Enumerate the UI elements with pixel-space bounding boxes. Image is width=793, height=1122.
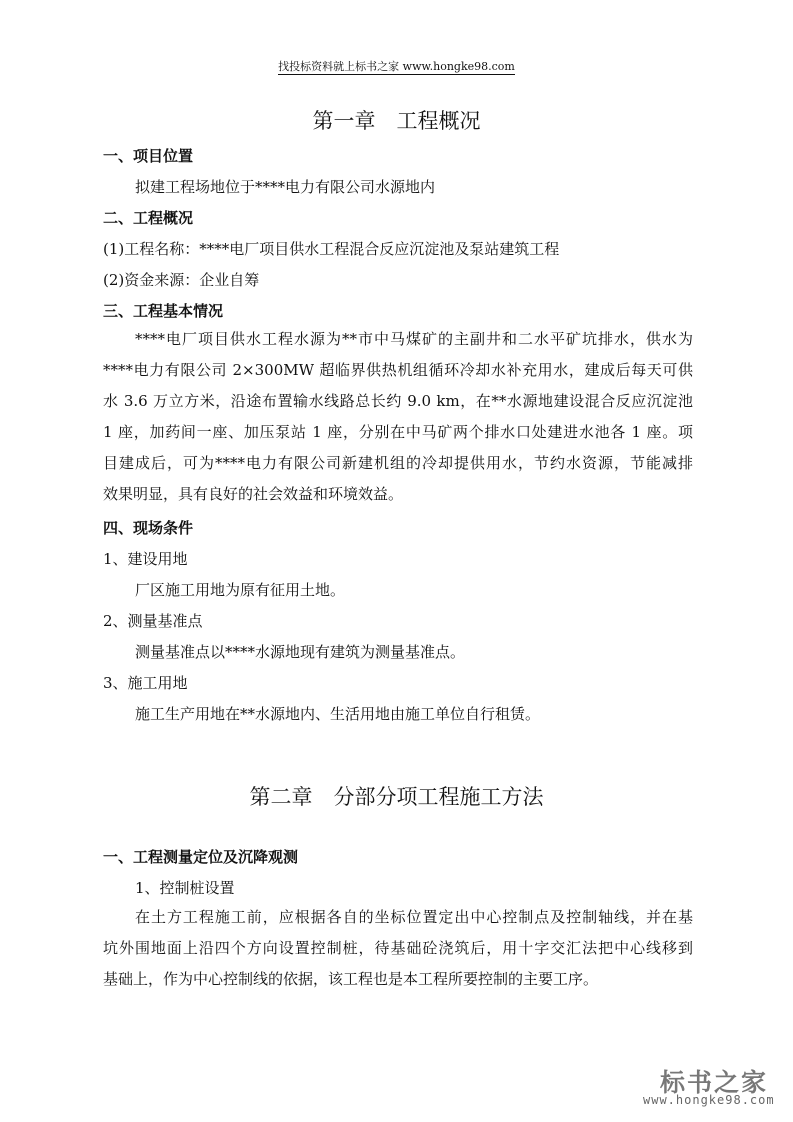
- section-heading: 一、工程测量定位及沉降观测: [103, 846, 298, 867]
- paragraph-line: 1 座，加药间一座、加压泵站 1 座，分别在中马矿两个排水口处建进水池各 1 座…: [103, 417, 693, 448]
- section-text: 厂区施工用地为原有征用土地。: [135, 579, 345, 600]
- paragraph-line: 基础上，作为中心控制线的依据，该工程也是本工程所要控制的主要工序。: [103, 964, 693, 995]
- subsection-heading: 1、建设用地: [103, 548, 188, 569]
- subsection-heading: 2、测量基准点: [103, 610, 203, 631]
- section-text: 拟建工程场地位于****电力有限公司水源地内: [135, 176, 435, 197]
- paragraph-line: 在土方工程施工前，应根据各自的坐标位置定出中心控制点及控制轴线，并在基: [103, 902, 693, 933]
- subsection-heading: 3、施工用地: [103, 672, 188, 693]
- list-item: (2)资金来源：企业自筹: [103, 269, 259, 290]
- paragraph-line: 效果明显，具有良好的社会效益和环境效益。: [103, 479, 693, 510]
- section-text: 测量基准点以****水源地现有建筑为测量基准点。: [135, 641, 465, 662]
- section-heading: 二、工程概况: [103, 207, 193, 228]
- list-item: (1)工程名称：****电厂项目供水工程混合反应沉淀池及泵站建筑工程: [103, 238, 559, 259]
- section-text: 施工生产用地在**水源地内、生活用地由施工单位自行租赁。: [135, 703, 540, 724]
- paragraph-line: ****电厂项目供水工程水源为**市中马煤矿的主副井和二水平矿坑排水，供水为: [103, 324, 693, 355]
- watermark-url: www.hongke98.com: [643, 1093, 775, 1107]
- chapter-2-title: 第二章 分部分项工程施工方法: [0, 781, 793, 811]
- page-header: 找投标资料就上标书之家 www.hongke98.com: [0, 55, 793, 74]
- section-heading: 一、项目位置: [103, 145, 193, 166]
- header-link-text[interactable]: 找投标资料就上标书之家 www.hongke98.com: [278, 60, 515, 75]
- section-heading: 三、工程基本情况: [103, 300, 223, 321]
- paragraph-line: 水 3.6 万立方米，沿途布置输水线路总长约 9.0 km，在**水源地建设混合…: [103, 386, 693, 417]
- subsection-heading: 1、控制桩设置: [135, 877, 235, 898]
- section-heading: 四、现场条件: [103, 517, 193, 538]
- paragraph-line: 目建成后，可为****电力有限公司新建机组的冷却提供用水，节约水资源，节能减排: [103, 448, 693, 479]
- chapter-1-title: 第一章 工程概况: [0, 105, 793, 135]
- paragraph-basic-situation: ****电厂项目供水工程水源为**市中马煤矿的主副井和二水平矿坑排水，供水为 *…: [103, 324, 693, 510]
- paragraph-line: ****电力有限公司 2×300MW 超临界供热机组循环冷却水补充用水，建成后每…: [103, 355, 693, 386]
- paragraph-control-piles: 在土方工程施工前，应根据各自的坐标位置定出中心控制点及控制轴线，并在基 坑外围地…: [103, 902, 693, 995]
- paragraph-line: 坑外围地面上沿四个方向设置控制桩，待基础砼浇筑后，用十字交汇法把中心线移到: [103, 933, 693, 964]
